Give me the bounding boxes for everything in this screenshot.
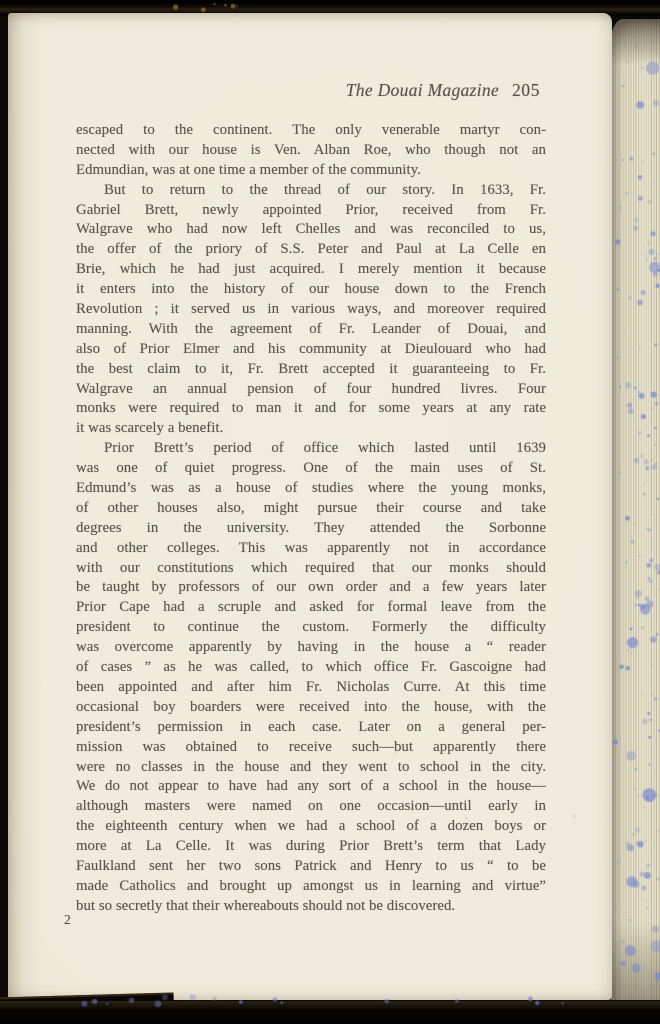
text-line: Revolution ; it served us in various way… bbox=[76, 300, 546, 320]
text-line: president to continue the custom. Former… bbox=[76, 618, 546, 638]
text-line: it enters into the history of our house … bbox=[76, 280, 546, 300]
text-line: We do not appear to have had any sort of… bbox=[76, 777, 546, 797]
text-line: Prior Cape had a scruple and asked for f… bbox=[76, 598, 546, 618]
signature-mark: 2 bbox=[64, 912, 71, 928]
body-text: escaped to the continent. The only vener… bbox=[76, 121, 546, 917]
text-line: escaped to the continent. The only vener… bbox=[76, 121, 546, 141]
text-line: made Catholics and brought up amongst us… bbox=[76, 877, 546, 897]
text-line: Brie, which he had just acquired. I mere… bbox=[76, 260, 546, 280]
text-line: Edmundian, was at one time a member of t… bbox=[76, 161, 546, 181]
text-line: Prior Brett’s period of office which las… bbox=[76, 439, 546, 459]
text-line: nected with our house is Ven. Alban Roe,… bbox=[76, 141, 546, 161]
text-line: mission was obtained to receive such—but… bbox=[76, 738, 546, 758]
text-line: Edmund’s was as a house of studies where… bbox=[76, 479, 546, 499]
text-line: monks were required to man it and for so… bbox=[76, 399, 546, 419]
text-line: the best claim to it, Fr. Brett accepted… bbox=[76, 360, 546, 380]
text-line: But to return to the thread of our story… bbox=[76, 181, 546, 201]
text-line: also of Prior Elmer and his community at… bbox=[76, 340, 546, 360]
book-photo: The Douai Magazine 205 escaped to the co… bbox=[0, 0, 660, 1024]
text-line: and other colleges. This was apparently … bbox=[76, 539, 546, 559]
text-line: been appointed and after him Fr. Nichola… bbox=[76, 678, 546, 698]
text-line: the eighteenth century when we had a sch… bbox=[76, 817, 546, 837]
text-line: degrees in the university. They attended… bbox=[76, 519, 546, 539]
text-line: it was scarcely a benefit. bbox=[76, 419, 546, 439]
book-cover-bottom-edge bbox=[0, 1001, 660, 1024]
running-head: The Douai Magazine 205 bbox=[346, 80, 540, 101]
page-number: 205 bbox=[512, 80, 540, 101]
text-line: although masters were named on one occas… bbox=[76, 797, 546, 817]
text-line: the offer of the priory of S.S. Peter an… bbox=[76, 240, 546, 260]
text-line: manning. With the agreement of Fr. Leand… bbox=[76, 320, 546, 340]
text-line: of other houses also, might pursue their… bbox=[76, 499, 546, 519]
text-line: be taught by professors of our own order… bbox=[76, 578, 546, 598]
text-line: Faulkland sent her two sons Patrick and … bbox=[76, 857, 546, 877]
text-line: but so secretly that their whereabouts s… bbox=[76, 897, 546, 917]
text-line: Walgrave an annual pension of four hundr… bbox=[76, 380, 546, 400]
text-line: of cases ” as he was called, to which of… bbox=[76, 658, 546, 678]
text-line: with our constitutions which required th… bbox=[76, 559, 546, 579]
book-page: The Douai Magazine 205 escaped to the co… bbox=[8, 13, 612, 1000]
text-line: was overcome apparently by having in the… bbox=[76, 638, 546, 658]
text-line: was one of quiet progress. One of the ma… bbox=[76, 459, 546, 479]
text-line: Walgrave who had now left Chelles and wa… bbox=[76, 220, 546, 240]
text-line: were no classes in the house and they we… bbox=[76, 758, 546, 778]
gutter-crease-line bbox=[13, 183, 14, 933]
text-line: Gabriel Brett, newly appointed Prior, re… bbox=[76, 201, 546, 221]
magazine-title: The Douai Magazine bbox=[346, 80, 499, 101]
text-line: occasional boy boarders were received in… bbox=[76, 698, 546, 718]
book-fore-edge bbox=[611, 19, 660, 1000]
text-line: more at La Celle. It was during Prior Br… bbox=[76, 837, 546, 857]
text-line: president’s permission in each case. Lat… bbox=[76, 718, 546, 738]
